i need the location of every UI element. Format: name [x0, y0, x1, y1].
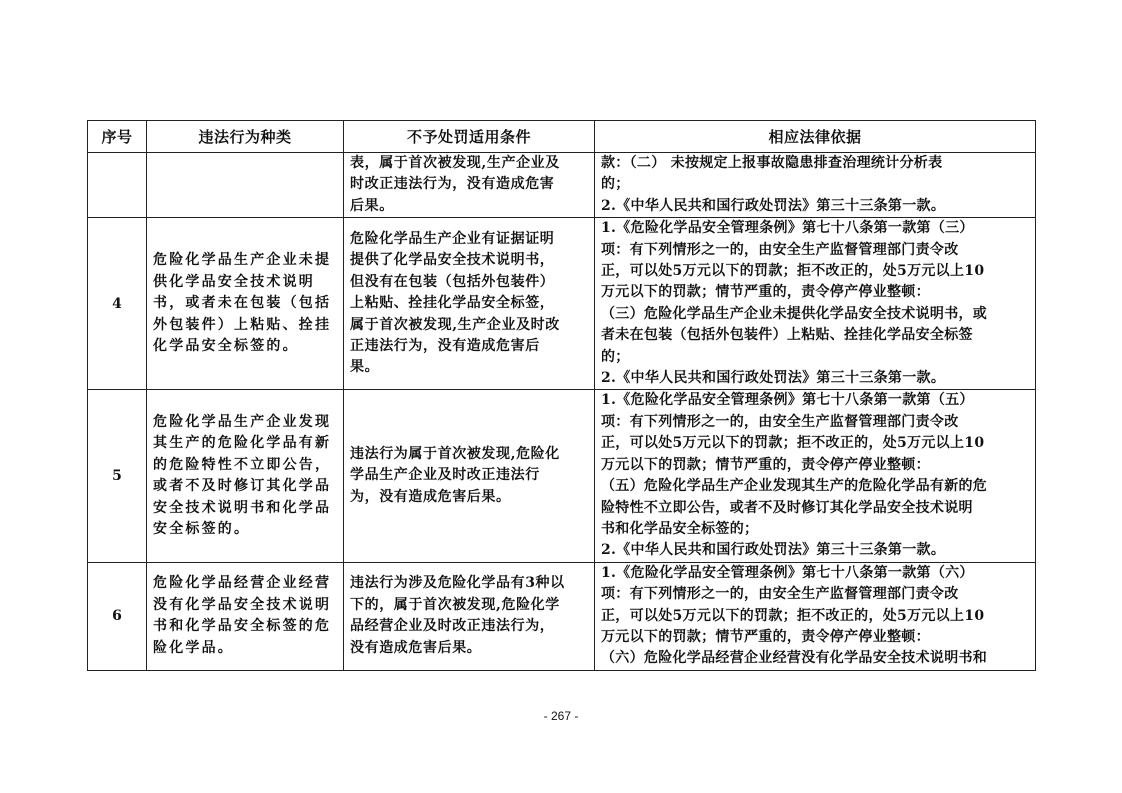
legal-basis-table: 序号 违法行为种类 不予处罚适用条件 相应法律依据 表，属于首次被发现,生产企业…: [87, 120, 1036, 671]
header-serial-no: 序号: [88, 121, 147, 153]
condition-text: 违法行为涉及危险化学品有3种以 下的，属于首次被发现,危险化学 品经营企业及时改…: [350, 573, 588, 659]
cell-condition: 违法行为属于首次被发现,危险化 学品生产企业及时改正违法行 为，没有造成危害后果…: [344, 390, 595, 562]
page-number: - 267 -: [0, 709, 1122, 723]
legal-basis-text: 款：（二） 未按规定上报事故隐患排查治理统计分析表 的； 2.《中华人民共和国行…: [601, 153, 1029, 217]
table-row: 表，属于首次被发现,生产企业及 时改正违法行为，没有造成危害 后果。 款：（二）…: [88, 153, 1036, 218]
legal-basis-text: 1.《危险化学品安全管理条例》第七十八条第一款第（六） 项：有下列情形之一的，由…: [601, 563, 1029, 670]
violation-type-text: 危险化学品经营企业经营 没有化学品安全技术说明 书和化学品安全标签的危 险化学品…: [153, 573, 337, 659]
cell-legal-basis: 款：（二） 未按规定上报事故隐患排查治理统计分析表 的； 2.《中华人民共和国行…: [595, 153, 1036, 218]
legal-basis-text: 1.《危险化学品安全管理条例》第七十八条第一款第（三） 项：有下列情形之一的，由…: [601, 218, 1029, 389]
cell-serial-no: 5: [88, 390, 147, 562]
condition-text: 表，属于首次被发现,生产企业及 时改正违法行为，没有造成危害 后果。: [350, 153, 588, 217]
legal-basis-text: 1.《危险化学品安全管理条例》第七十八条第一款第（五） 项：有下列情形之一的，由…: [601, 390, 1029, 561]
violation-type-text: 危险化学品生产企业未提 供化学品安全技术说明 书，或者未在包装（包括 外包装件）…: [153, 250, 337, 357]
cell-condition: 违法行为涉及危险化学品有3种以 下的，属于首次被发现,危险化学 品经营企业及时改…: [344, 562, 595, 670]
cell-violation-type: 危险化学品经营企业经营 没有化学品安全技术说明 书和化学品安全标签的危 险化学品…: [147, 562, 344, 670]
cell-violation-type: 危险化学品生产企业发现 其生产的危险化学品有新 的危险特性不立即公告， 或者不及…: [147, 390, 344, 562]
header-violation-type: 违法行为种类: [147, 121, 344, 153]
cell-legal-basis: 1.《危险化学品安全管理条例》第七十八条第一款第（五） 项：有下列情形之一的，由…: [595, 390, 1036, 562]
condition-text: 违法行为属于首次被发现,危险化 学品生产企业及时改正违法行 为，没有造成危害后果…: [350, 444, 588, 508]
cell-legal-basis: 1.《危险化学品安全管理条例》第七十八条第一款第（三） 项：有下列情形之一的，由…: [595, 218, 1036, 390]
cell-condition: 表，属于首次被发现,生产企业及 时改正违法行为，没有造成危害 后果。: [344, 153, 595, 218]
cell-serial-no: [88, 153, 147, 218]
header-legal-basis: 相应法律依据: [595, 121, 1036, 153]
header-no-penalty-condition: 不予处罚适用条件: [344, 121, 595, 153]
cell-serial-no: 6: [88, 562, 147, 670]
table-row: 4 危险化学品生产企业未提 供化学品安全技术说明 书，或者未在包装（包括 外包装…: [88, 218, 1036, 390]
cell-legal-basis: 1.《危险化学品安全管理条例》第七十八条第一款第（六） 项：有下列情形之一的，由…: [595, 562, 1036, 670]
violation-type-text: 危险化学品生产企业发现 其生产的危险化学品有新 的危险特性不立即公告， 或者不及…: [153, 412, 337, 540]
table-row: 6 危险化学品经营企业经营 没有化学品安全技术说明 书和化学品安全标签的危 险化…: [88, 562, 1036, 670]
cell-violation-type: [147, 153, 344, 218]
table-row: 5 危险化学品生产企业发现 其生产的危险化学品有新 的危险特性不立即公告， 或者…: [88, 390, 1036, 562]
cell-condition: 危险化学品生产企业有证据证明 提供了化学品安全技术说明书， 但没有在包装（包括外…: [344, 218, 595, 390]
cell-violation-type: 危险化学品生产企业未提 供化学品安全技术说明 书，或者未在包装（包括 外包装件）…: [147, 218, 344, 390]
cell-serial-no: 4: [88, 218, 147, 390]
condition-text: 危险化学品生产企业有证据证明 提供了化学品安全技术说明书， 但没有在包装（包括外…: [350, 229, 588, 379]
table-header-row: 序号 违法行为种类 不予处罚适用条件 相应法律依据: [88, 121, 1036, 153]
